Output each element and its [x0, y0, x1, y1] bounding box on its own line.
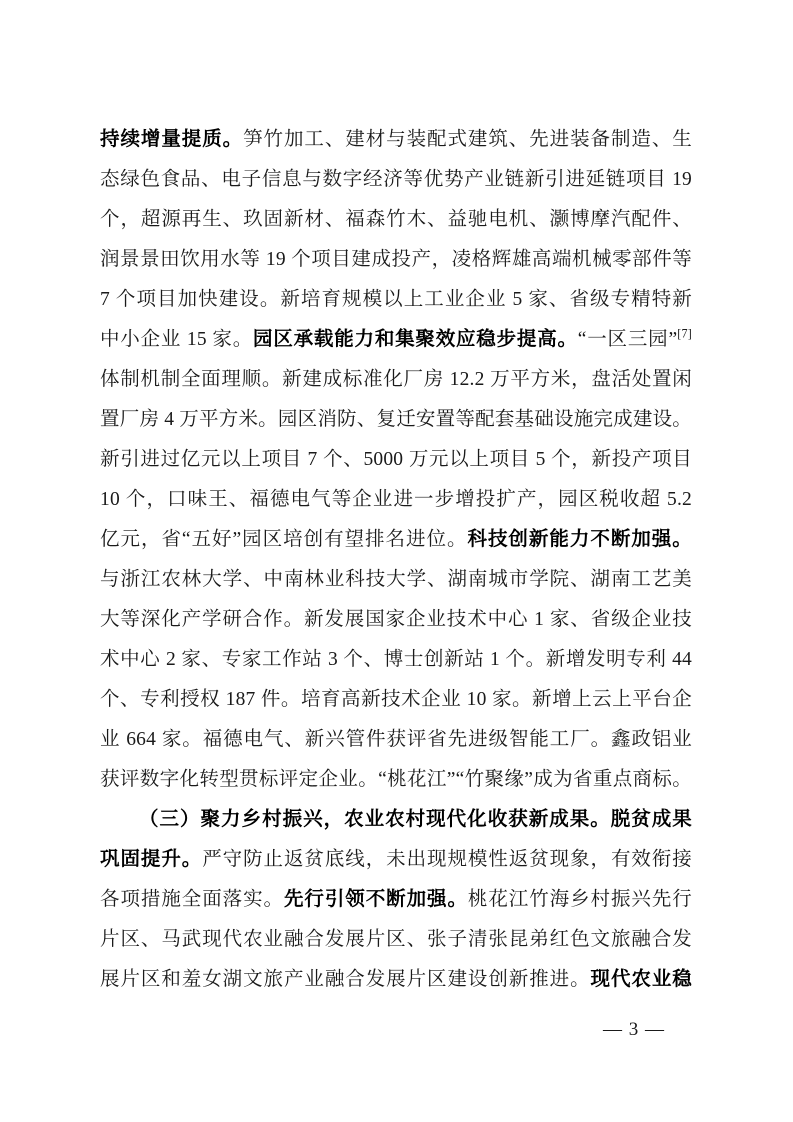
- body-text: 态绿色食品、电子信息与数字经济等优势产业链新引进延链项目 19: [100, 169, 692, 190]
- emphasis-text: （三）聚力乡村振兴，农业农村现代化收获新成果。脱贫成果: [139, 809, 692, 830]
- text-line: 亿元，省“五好”园区培创有望排名进位。科技创新能力不断加强。: [100, 520, 692, 560]
- emphasis-text: 科技创新能力不断加强。: [467, 529, 692, 550]
- text-line: 大等深化产学研合作。新发展国家企业技术中心 1 家、省级企业技: [100, 600, 692, 640]
- body-text: 亿元，省“五好”园区培创有望排名进位。: [100, 529, 467, 550]
- body-text: 7 个项目加快建设。新培育规模以上工业企业 5 家、省级专精特新: [100, 289, 692, 310]
- document-page: 持续增量提质。笋竹加工、建材与装配式建筑、先进装备制造、生态绿色食品、电子信息与…: [0, 0, 793, 1122]
- body-text: 置厂房 4 万平方米。园区消防、复迁安置等配套基础设施完成建设。: [100, 409, 692, 430]
- body-text: 10 个，口味王、福德电气等企业进一步增投扩产，园区税收超 5.2: [100, 489, 692, 510]
- text-line: 片区、马武现代农业融合发展片区、张子清张昆弟红色文旅融合发: [100, 920, 692, 960]
- text-line: 态绿色食品、电子信息与数字经济等优势产业链新引进延链项目 19: [100, 160, 692, 200]
- emphasis-text: 现代农业稳: [591, 969, 692, 990]
- text-line: 置厂房 4 万平方米。园区消防、复迁安置等配套基础设施完成建设。: [100, 400, 692, 440]
- body-text: 桃花江竹海乡村振兴先行: [468, 889, 692, 910]
- body-text: 个、专利授权 187 件。培育高新技术企业 10 家。新增上云上平台企: [100, 689, 692, 710]
- body-text: 片区、马武现代农业融合发展片区、张子清张昆弟红色文旅融合发: [100, 929, 692, 950]
- text-line: 持续增量提质。笋竹加工、建材与装配式建筑、先进装备制造、生: [100, 120, 692, 160]
- emphasis-text: 先行引领不断加强。: [284, 889, 468, 910]
- text-line: 个，超源再生、玖固新材、福森竹木、益驰电机、灏博摩汽配件、: [100, 200, 692, 240]
- body-text: 体制机制全面理顺。新建成标准化厂房 12.2 万平方米，盘活处置闲: [100, 369, 692, 390]
- text-line: 业 664 家。福德电气、新兴管件获评省先进级智能工厂。鑫政铝业: [100, 720, 692, 760]
- text-line: 新引进过亿元以上项目 7 个、5000 万元以上项目 5 个，新投产项目: [100, 440, 692, 480]
- body-text: “一区三园”: [578, 329, 678, 350]
- body-text: 各项措施全面落实。: [100, 889, 284, 910]
- text-line: 7 个项目加快建设。新培育规模以上工业企业 5 家、省级专精特新: [100, 280, 692, 320]
- body-text: 展片区和羞女湖文旅产业融合发展片区建设创新推进。: [100, 969, 591, 990]
- text-line: （三）聚力乡村振兴，农业农村现代化收获新成果。脱贫成果: [100, 800, 692, 840]
- body-text: 业 664 家。福德电气、新兴管件获评省先进级智能工厂。鑫政铝业: [100, 729, 692, 750]
- body-text: 严守防止返贫底线，未出现规模性返贫现象，有效衔接: [202, 849, 692, 870]
- body-text: 获评数字化转型贯标评定企业。“桃花江”“竹聚缘”成为省重点商标。: [100, 769, 692, 790]
- emphasis-text: 持续增量提质。: [100, 129, 243, 150]
- body-text: 大等深化产学研合作。新发展国家企业技术中心 1 家、省级企业技: [100, 609, 692, 630]
- body-text: 新引进过亿元以上项目 7 个、5000 万元以上项目 5 个，新投产项目: [100, 449, 692, 470]
- body-text: 个，超源再生、玖固新材、福森竹木、益驰电机、灏博摩汽配件、: [100, 209, 692, 230]
- text-line: 10 个，口味王、福德电气等企业进一步增投扩产，园区税收超 5.2: [100, 480, 692, 520]
- text-line: 润景景田饮用水等 19 个项目建成投产，凌格辉雄高端机械零部件等: [100, 240, 692, 280]
- text-line: 术中心 2 家、专家工作站 3 个、博士创新站 1 个。新增发明专利 44: [100, 640, 692, 680]
- text-line: 个、专利授权 187 件。培育高新技术企业 10 家。新增上云上平台企: [100, 680, 692, 720]
- text-line: 与浙江农林大学、中南林业科技大学、湖南城市学院、湖南工艺美: [100, 560, 692, 600]
- footnote-ref: [7]: [677, 327, 692, 341]
- body-text: 术中心 2 家、专家工作站 3 个、博士创新站 1 个。新增发明专利 44: [100, 649, 692, 670]
- body-text: 润景景田饮用水等 19 个项目建成投产，凌格辉雄高端机械零部件等: [100, 249, 692, 270]
- body-text: 与浙江农林大学、中南林业科技大学、湖南城市学院、湖南工艺美: [100, 569, 692, 590]
- text-line: 中小企业 15 家。园区承载能力和集聚效应稳步提高。“一区三园”[7]: [100, 320, 692, 360]
- text-line: 展片区和羞女湖文旅产业融合发展片区建设创新推进。现代农业稳: [100, 960, 692, 1000]
- text-line: 获评数字化转型贯标评定企业。“桃花江”“竹聚缘”成为省重点商标。: [100, 760, 692, 800]
- emphasis-text: 园区承载能力和集聚效应稳步提高。: [253, 329, 578, 350]
- emphasis-text: 巩固提升。: [100, 849, 202, 870]
- body-text: 笋竹加工、建材与装配式建筑、先进装备制造、生: [243, 129, 692, 150]
- body-text: 中小企业 15 家。: [100, 329, 253, 350]
- document-body: 持续增量提质。笋竹加工、建材与装配式建筑、先进装备制造、生态绿色食品、电子信息与…: [100, 120, 692, 1000]
- text-line: 体制机制全面理顺。新建成标准化厂房 12.2 万平方米，盘活处置闲: [100, 360, 692, 400]
- text-line: 巩固提升。严守防止返贫底线，未出现规模性返贫现象，有效衔接: [100, 840, 692, 880]
- page-number: — 3 —: [603, 1018, 665, 1042]
- text-line: 各项措施全面落实。先行引领不断加强。桃花江竹海乡村振兴先行: [100, 880, 692, 920]
